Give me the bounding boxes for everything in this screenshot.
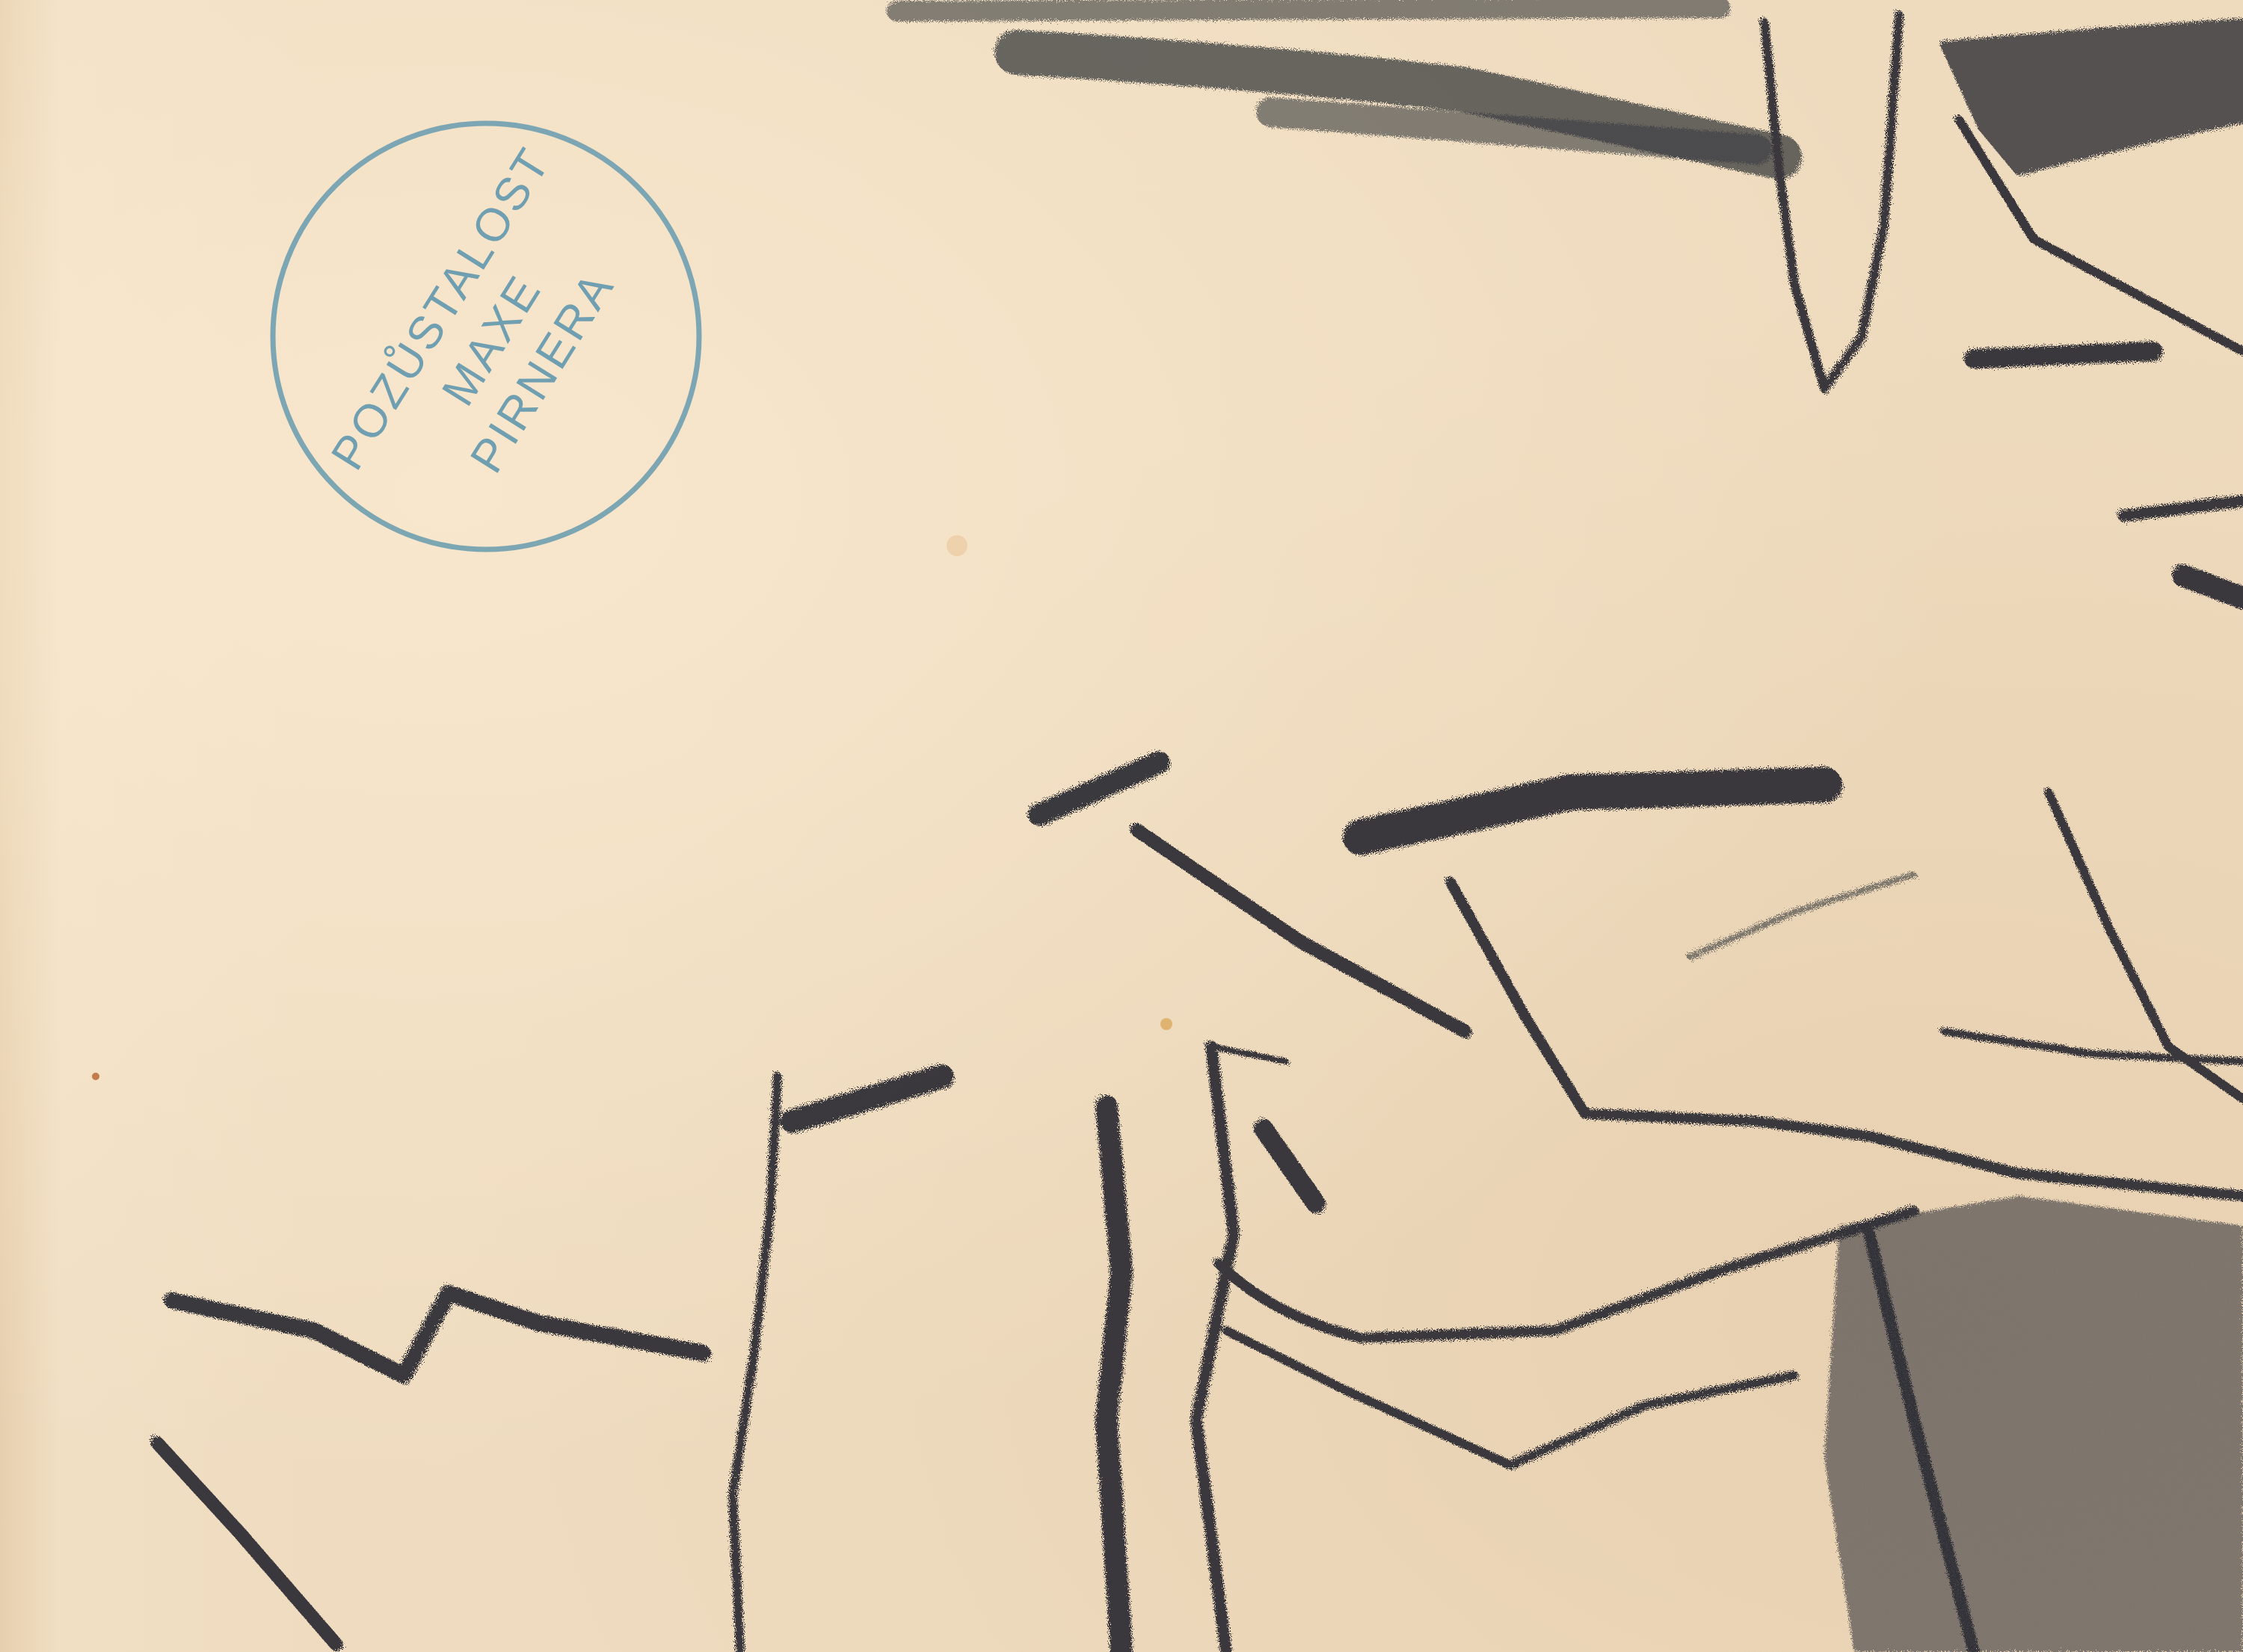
collection-stamp: POZŮSTALOST MAXE PIRNERA <box>262 112 710 561</box>
artwork-canvas: POZŮSTALOST MAXE PIRNERA <box>0 0 2243 1652</box>
